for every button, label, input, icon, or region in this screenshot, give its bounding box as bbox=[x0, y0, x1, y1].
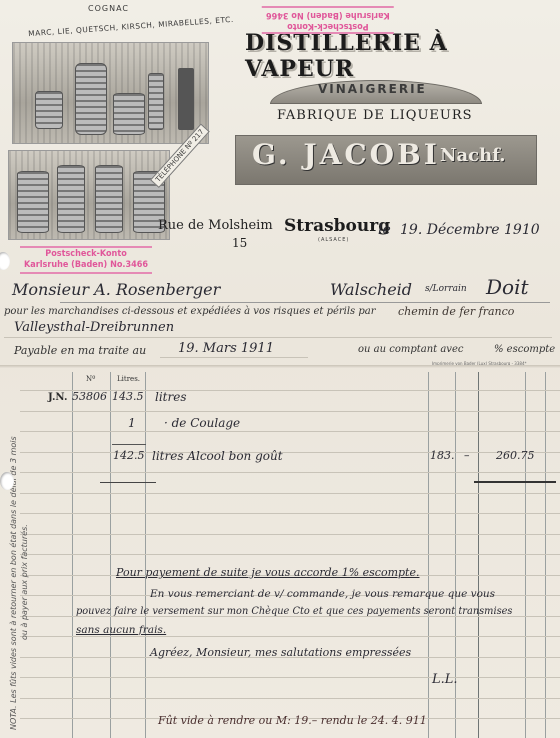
company-title: DISTILLERIE À VAPEUR bbox=[245, 30, 560, 82]
row-mark: J.N. bbox=[48, 392, 67, 403]
recipient-location: Walscheid bbox=[330, 280, 412, 299]
cellar-illustration bbox=[8, 150, 170, 240]
row-litres: 142.5 bbox=[113, 449, 145, 462]
payable-printed: Payable en ma traite au bbox=[14, 344, 146, 357]
subtitle-liqueurs: FABRIQUE DE LIQUEURS bbox=[277, 108, 473, 123]
destination: Valleysthal-Dreibrunnen bbox=[14, 320, 174, 335]
signature: L.L. bbox=[432, 672, 458, 687]
ledger-rule bbox=[20, 636, 560, 637]
note-line-5: Agréez, Monsieur, mes salutations empres… bbox=[150, 646, 411, 659]
ledger-rule bbox=[20, 411, 560, 412]
row-description: litres Alcool bon goût bbox=[152, 449, 283, 463]
column-header-litres: Litres. bbox=[117, 375, 140, 383]
row-litres: 143.5 bbox=[112, 390, 144, 403]
row-description: litres bbox=[155, 390, 187, 404]
region: (ALSACE) bbox=[318, 237, 349, 243]
note-line-1: Pour payement de suite je vous accorde 1… bbox=[116, 566, 419, 579]
discount-printed: % escompte bbox=[494, 344, 555, 355]
footer-note: Fût vide à rendre ou M: 19.– rendu le 24… bbox=[158, 714, 427, 727]
company-suffix: Nachf. bbox=[440, 145, 506, 166]
row-unit-price-suffix: – bbox=[464, 449, 470, 462]
shipping-printed: pour les marchandises ci-dessous et expé… bbox=[4, 306, 376, 317]
shipping-method: chemin de fer franco bbox=[398, 305, 514, 318]
note-line-2: En vous remerciant de v/ commande, je vo… bbox=[150, 588, 495, 600]
cash-printed: ou au comptant avec bbox=[358, 344, 463, 355]
ledger-rule bbox=[20, 554, 560, 555]
invoice-date: 19. Décembre 1910 bbox=[400, 222, 540, 238]
ledger-rule bbox=[20, 472, 560, 473]
postscheck-stamp-top: Postscheck-Konto Karlsruhe (Baden) No 34… bbox=[262, 6, 394, 34]
recipient-name: Monsieur A. Rosenberger bbox=[12, 280, 220, 299]
subtitle-vinaigrerie: VINAIGRERIE bbox=[318, 82, 427, 96]
row-amount: 260.75 bbox=[496, 449, 535, 462]
ledger-rule bbox=[20, 431, 560, 432]
row-number: 53806 bbox=[72, 390, 107, 403]
ledger-rule bbox=[20, 534, 560, 535]
ledger-rule bbox=[20, 698, 560, 699]
date-prefix: le bbox=[378, 222, 391, 238]
company-name: G. JACOBI bbox=[252, 138, 440, 171]
ledger-rule bbox=[20, 677, 560, 678]
punch-hole-bottom bbox=[0, 472, 14, 490]
column-header-number: Nº bbox=[86, 375, 95, 383]
ledger-rule bbox=[20, 513, 560, 514]
page-fold bbox=[0, 365, 560, 368]
recipient-region: s/Lorrain bbox=[425, 284, 467, 294]
products-top: COGNAC bbox=[88, 4, 129, 13]
ledger-rule bbox=[20, 452, 560, 453]
row-litres: 1 bbox=[128, 416, 136, 430]
distillery-illustration bbox=[12, 42, 209, 144]
ledger-rule bbox=[20, 493, 560, 494]
street-number: 15 bbox=[232, 236, 247, 250]
row-unit-price: 183. bbox=[430, 449, 455, 462]
postscheck-stamp-left: Postscheck-Konto Karlsruhe (Baden) No.34… bbox=[20, 246, 152, 274]
row-description: · de Coulage bbox=[164, 416, 240, 430]
note-line-4: sans aucun frais. bbox=[76, 624, 166, 636]
note-line-3: pouvez faire le versement sur mon Chèque… bbox=[76, 606, 512, 617]
doit-label: Doit bbox=[486, 275, 529, 299]
city: Strasbourg bbox=[284, 216, 390, 236]
street-address: Rue de Molsheim bbox=[158, 218, 273, 233]
payable-date: 19. Mars 1911 bbox=[178, 341, 274, 356]
